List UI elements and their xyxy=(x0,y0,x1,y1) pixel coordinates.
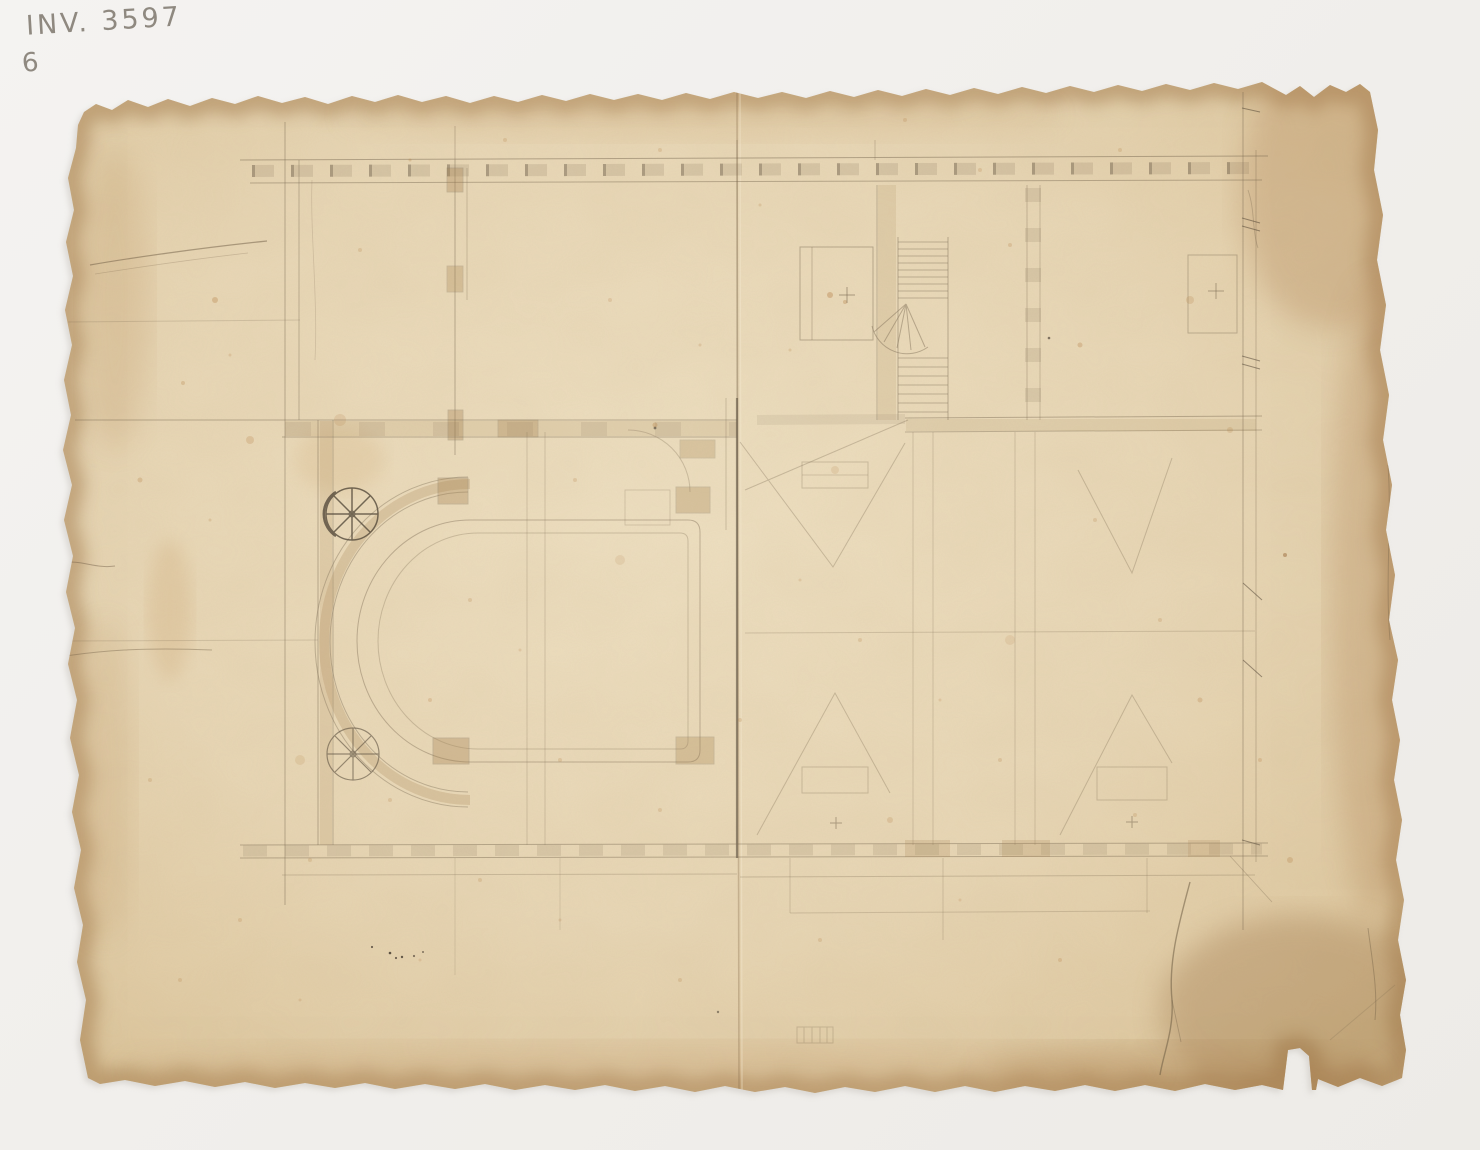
apse-pier xyxy=(433,738,469,764)
photo-background: INV. 3597 6 xyxy=(0,0,1480,1150)
drawing-sheet-svg xyxy=(0,0,1480,1150)
hall-pier xyxy=(676,487,710,513)
spiral-stair-lower xyxy=(327,728,379,780)
apse-pier xyxy=(438,478,468,504)
hall-pier xyxy=(676,737,714,764)
paper-sheet xyxy=(0,0,1480,1150)
sheet-number-annotation: 6 xyxy=(20,47,43,79)
